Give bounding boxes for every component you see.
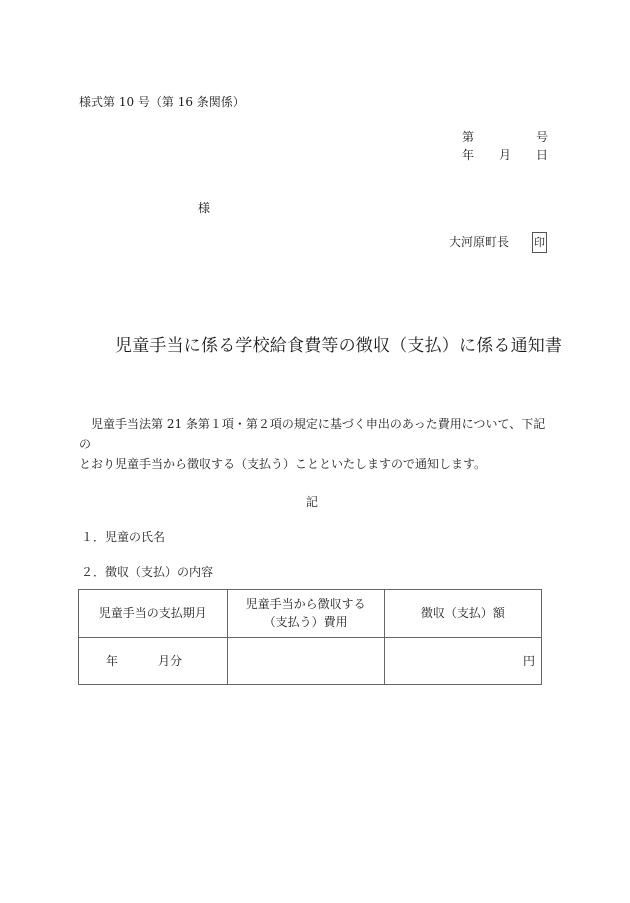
seal-stamp-box: 印 [532, 232, 547, 253]
document-date: 年 月 日 [462, 149, 548, 163]
header-cost: 児童手当から徴収する （支払う）費用 [227, 590, 384, 638]
body-line-1: 児童手当法第 21 条第１項・第２項の規定に基づく申出のあった費用について、下記… [79, 414, 549, 454]
amount-cell[interactable]: 円 [384, 637, 541, 685]
amount-unit: 円 [523, 654, 535, 668]
item-collection-details: ２．徴収（支払）の内容 [81, 566, 213, 578]
table-header-row: 児童手当の支払期月 児童手当から徴収する （支払う）費用 徴収（支払）額 [79, 590, 542, 638]
document-number: 第 号 [462, 131, 548, 145]
item-child-name: １．児童の氏名 [81, 531, 165, 543]
payment-period-cell[interactable]: 年月分 [79, 637, 228, 685]
date-day: 日 [536, 149, 548, 161]
date-year: 年 [462, 149, 474, 161]
form-number: 様式第 10 号（第 16 条関係） [79, 96, 245, 108]
header-cost-line-1: 児童手当から徴収する [228, 595, 384, 613]
date-month: 月 [499, 149, 511, 161]
recipient-honorific: 様 [198, 202, 210, 214]
cost-cell[interactable] [227, 637, 384, 685]
seal-label: 印 [534, 237, 545, 248]
doc-no-suffix: 号 [536, 131, 548, 143]
issuer-name: 大河原町長 [449, 236, 509, 248]
body-paragraph: 児童手当法第 21 条第１項・第２項の規定に基づく申出のあった費用について、下記… [79, 414, 549, 474]
ki-heading: 記 [306, 496, 318, 508]
period-year: 年 [106, 652, 158, 670]
header-cost-line-2: （支払う）費用 [228, 613, 384, 631]
collection-table: 児童手当の支払期月 児童手当から徴収する （支払う）費用 徴収（支払）額 年月分… [78, 589, 542, 685]
document-title: 児童手当に係る学校給食費等の徴収（支払）に係る通知書 [115, 338, 562, 355]
header-payment-period: 児童手当の支払期月 [79, 590, 228, 638]
period-month: 月分 [158, 654, 182, 668]
table-row: 年月分 円 [79, 637, 542, 685]
doc-no-prefix: 第 [462, 131, 474, 143]
body-line-2: とおり児童手当から徴収する（支払う）ことといたしますので通知します。 [79, 454, 549, 474]
header-amount: 徴収（支払）額 [384, 590, 541, 638]
